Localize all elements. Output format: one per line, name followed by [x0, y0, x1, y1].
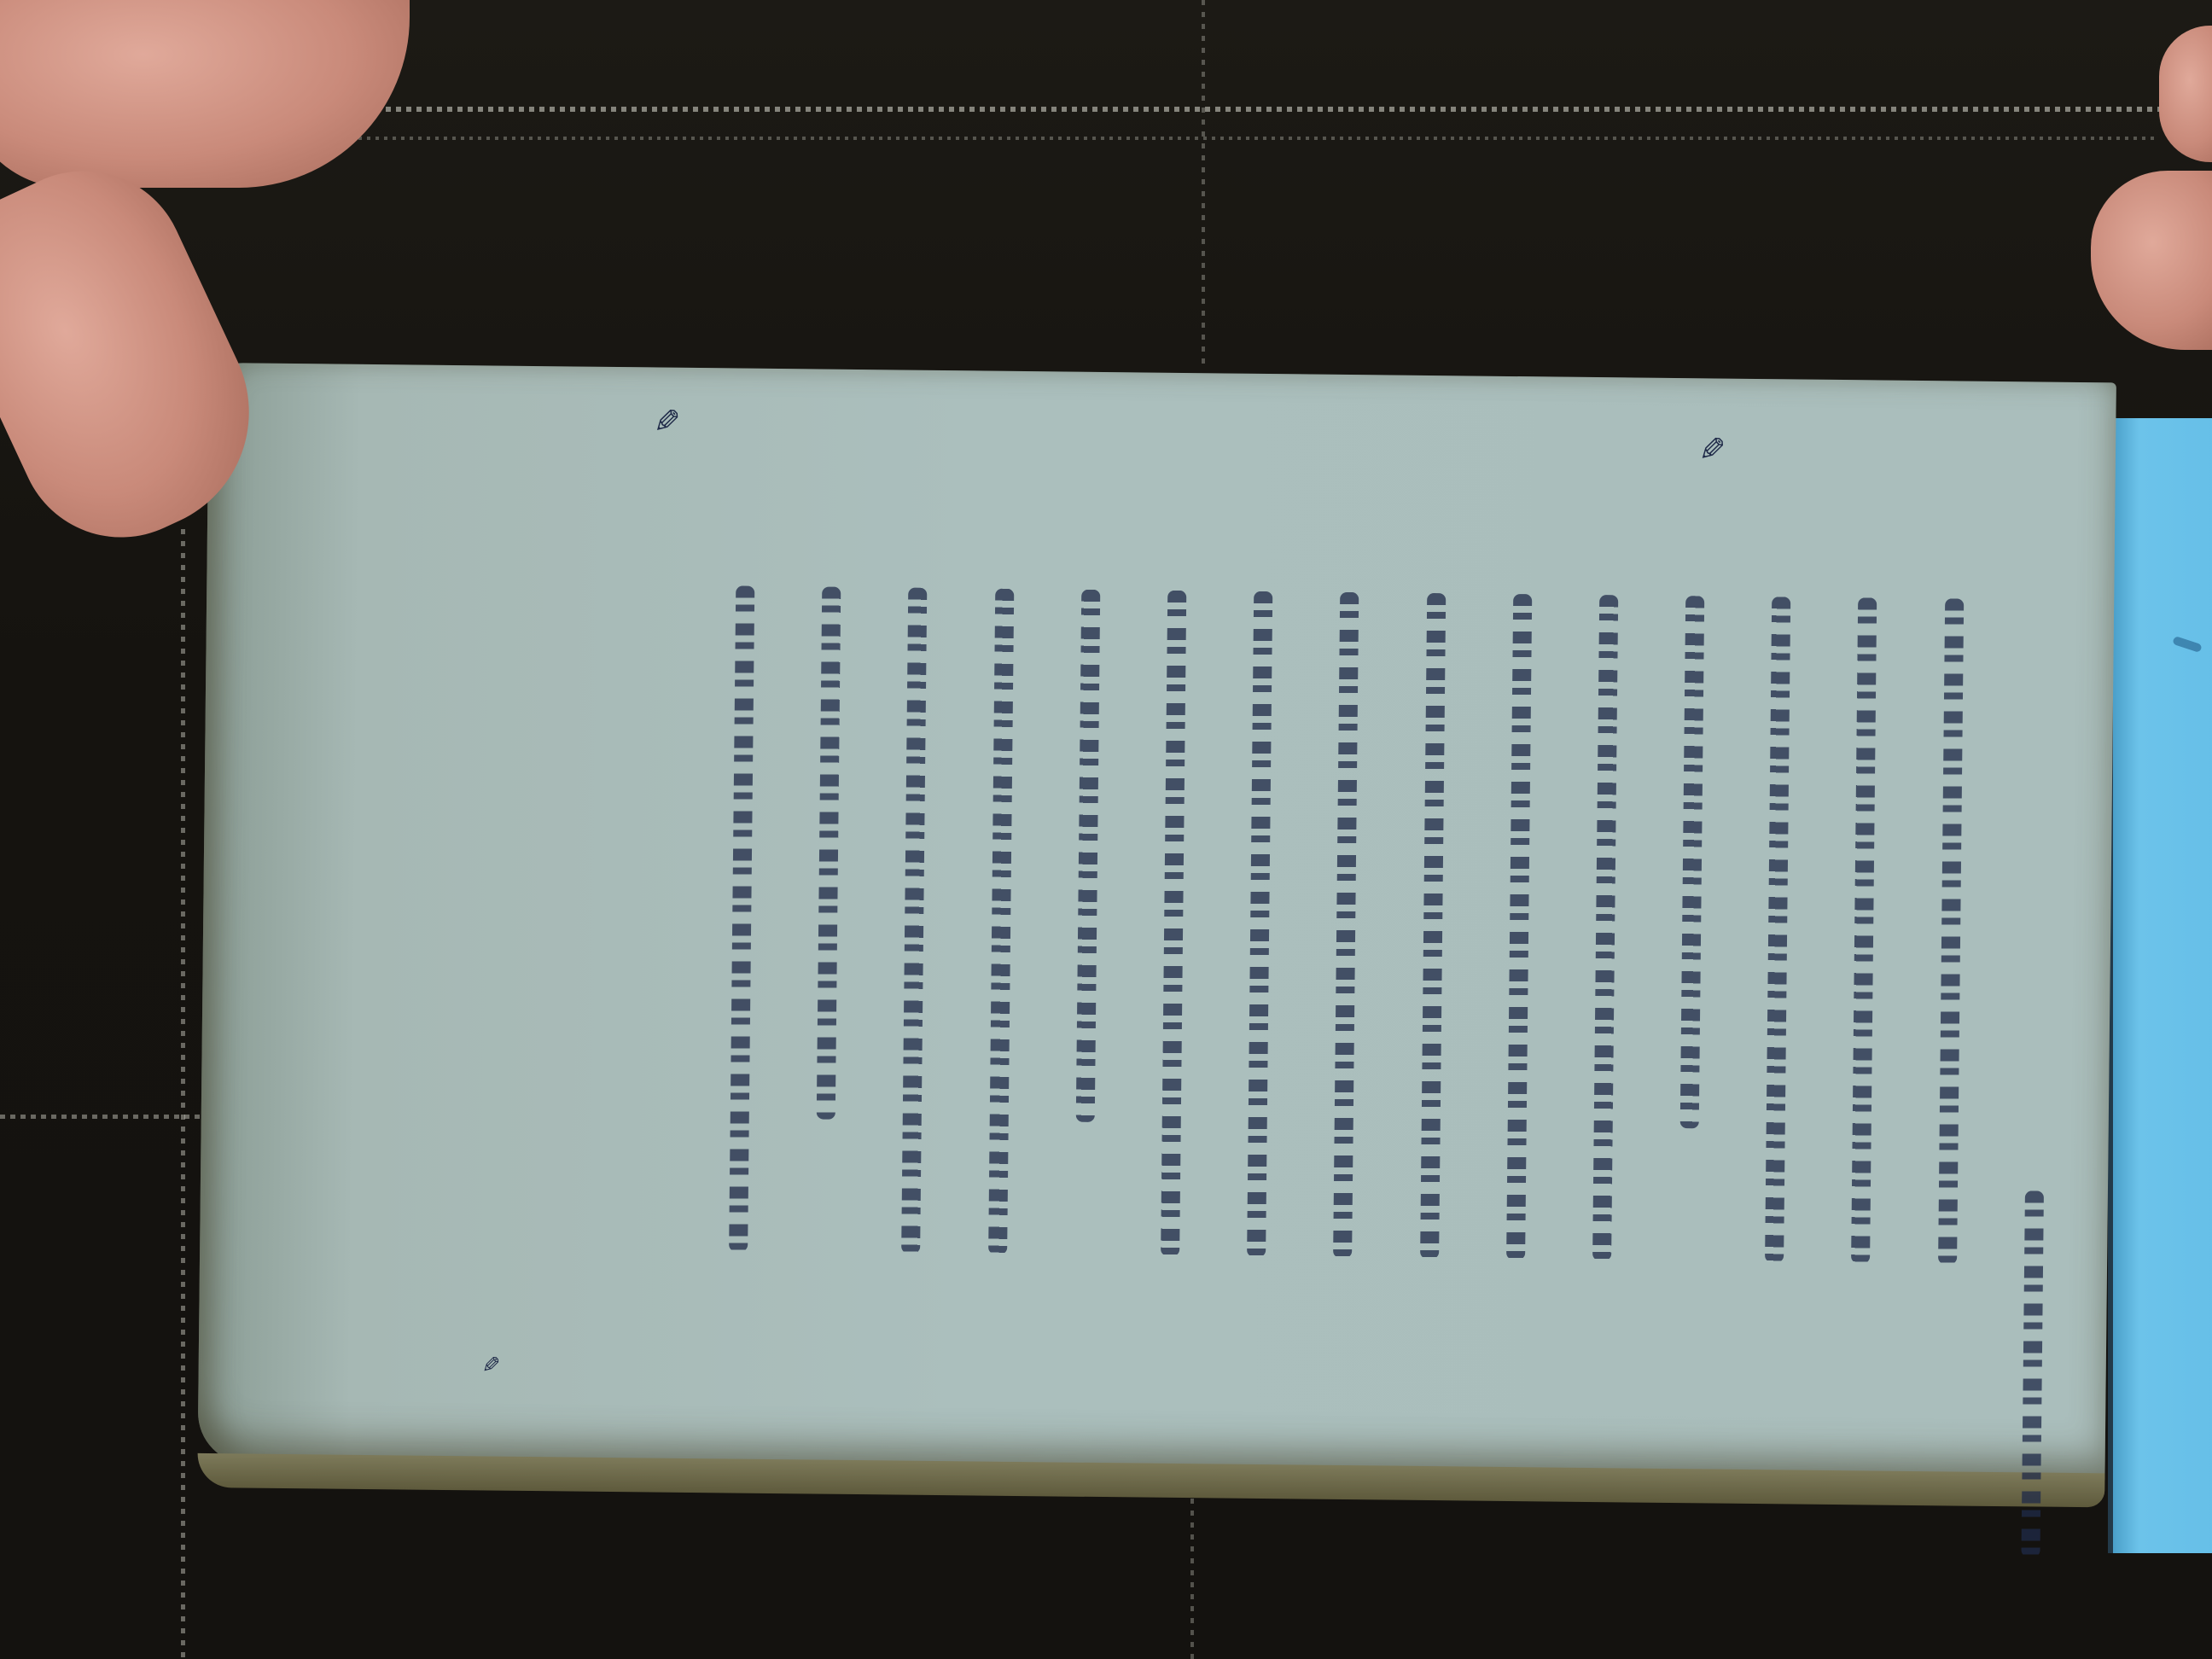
table-seam	[0, 1115, 222, 1119]
text-line	[1938, 598, 1964, 1264]
text-line	[1161, 591, 1186, 1256]
table-seam	[324, 107, 2159, 112]
catchword-mark: ✎	[477, 1354, 503, 1373]
margin-annotation: ✎	[647, 406, 684, 434]
text-line	[901, 588, 927, 1254]
table-seam	[1202, 0, 1205, 367]
text-line	[1592, 595, 1618, 1260]
text-line	[817, 587, 841, 1120]
text-line	[1333, 592, 1359, 1258]
text-line	[1680, 596, 1705, 1128]
text-line	[1247, 591, 1272, 1257]
text-line	[988, 589, 1014, 1254]
cover-ink-mark	[2172, 636, 2202, 653]
manuscript-page: ✎ ✎ ✎	[197, 363, 2116, 1483]
text-line	[1506, 594, 1532, 1260]
book-cover-blue	[2108, 418, 2212, 1553]
table-seam	[181, 529, 185, 1659]
text-line	[1851, 597, 1877, 1263]
text-line	[2021, 1190, 2043, 1557]
margin-annotation: ✎	[1692, 434, 1730, 462]
text-line	[1075, 590, 1100, 1122]
text-line	[1420, 593, 1446, 1259]
text-block	[729, 585, 2050, 1265]
table-seam	[324, 137, 2159, 140]
text-line	[1765, 597, 1790, 1262]
text-line	[729, 585, 754, 1251]
